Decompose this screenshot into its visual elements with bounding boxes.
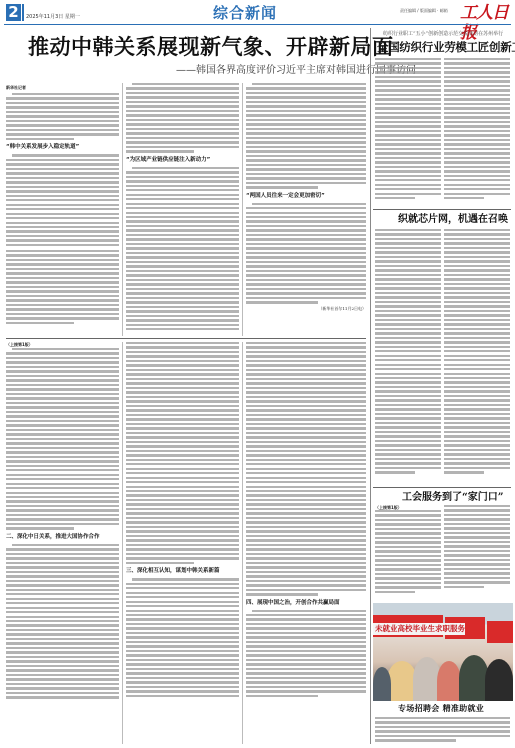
article-divider [6, 338, 366, 339]
story2-headline: 织就芯片网，机遇在召唤 [398, 213, 508, 226]
photo-caption: 专场招聘会 精准助就业 [398, 704, 484, 714]
story2-column-2 [444, 229, 510, 487]
lead-source-note: （新华社首尔11月2日电） [246, 306, 366, 312]
lead-article-column-3: “两国人员往来一定会更加密切” （新华社首尔11月2日电） [246, 83, 366, 336]
second-subhead-1: 二、深化中日关系，推进大国协作合作 [6, 533, 119, 541]
lead-subhead-1: “韩中关系发展步入稳定轨道” [6, 143, 119, 151]
header-divider [4, 24, 511, 25]
person [485, 659, 513, 701]
lead-subhead-3: “两国人员往来一定会更加密切” [246, 192, 366, 200]
page-number: 2 [6, 4, 21, 21]
column-divider [122, 342, 123, 744]
story1-headline: 全国纺织行业劳模工匠创新工作室联盟成立 [377, 40, 515, 54]
lead-article-column-1: “韩中关系发展步入稳定轨道” [6, 93, 119, 253]
lead-byline: 新华社记者 [6, 85, 26, 90]
lead-subhead-2: “为区域产业链供应链注入新动力” [126, 156, 239, 164]
job-fair-banner: 未就业高校毕业生求职服务专区 [373, 623, 465, 635]
lead-headline: 推动中韩关系展现新气象、开辟新局面 [28, 34, 394, 60]
second-article-column-2: 三、深化相互认知，谋划中韩关系新篇 [126, 342, 239, 744]
lead-article-column-2: “为区域产业链供应链注入新动力” [126, 83, 239, 336]
person [437, 661, 461, 701]
story1-kicker: 纺织行业职工“五小”创新创造示范交流活动在苏州举行 [383, 31, 503, 38]
story-divider [373, 487, 511, 488]
right-column-divider [370, 28, 371, 744]
story3-headline: 工会服务到了“家门口” [402, 491, 504, 504]
person [373, 667, 391, 701]
story3-column-2 [444, 505, 510, 598]
red-tent [487, 621, 513, 643]
story1-column-2 [444, 58, 510, 208]
story2-column-1 [375, 229, 441, 487]
second-subhead-3: 四、展现中国之治，开创合作共赢局面 [246, 599, 366, 607]
issue-date: 2025年11月3日 星期一 [26, 14, 80, 20]
page-number-bar [22, 4, 24, 21]
second-subhead-2: 三、深化相互认知，谋划中韩关系新篇 [126, 567, 239, 575]
editor-credits: 责任编辑 / 版面编辑 · 邮箱 [400, 8, 460, 13]
column-divider [242, 83, 243, 336]
lead-article-column-1b [6, 250, 119, 336]
story3-column-1: （上接第1版） [375, 505, 441, 598]
story-divider [373, 209, 511, 210]
job-fair-photo: 未就业高校毕业生求职服务专区 [373, 603, 513, 701]
column-divider [122, 83, 123, 336]
second-article-column-1: （上接第1版） 二、深化中日关系，推进大国协作合作 [6, 342, 119, 744]
photo-caption-text [375, 717, 510, 745]
story1-column-1 [375, 58, 441, 208]
column-divider [242, 342, 243, 744]
second-article-column-3: 四、展现中国之治，开创合作共赢局面 [246, 342, 366, 744]
section-title: 综合新闻 [213, 4, 277, 22]
